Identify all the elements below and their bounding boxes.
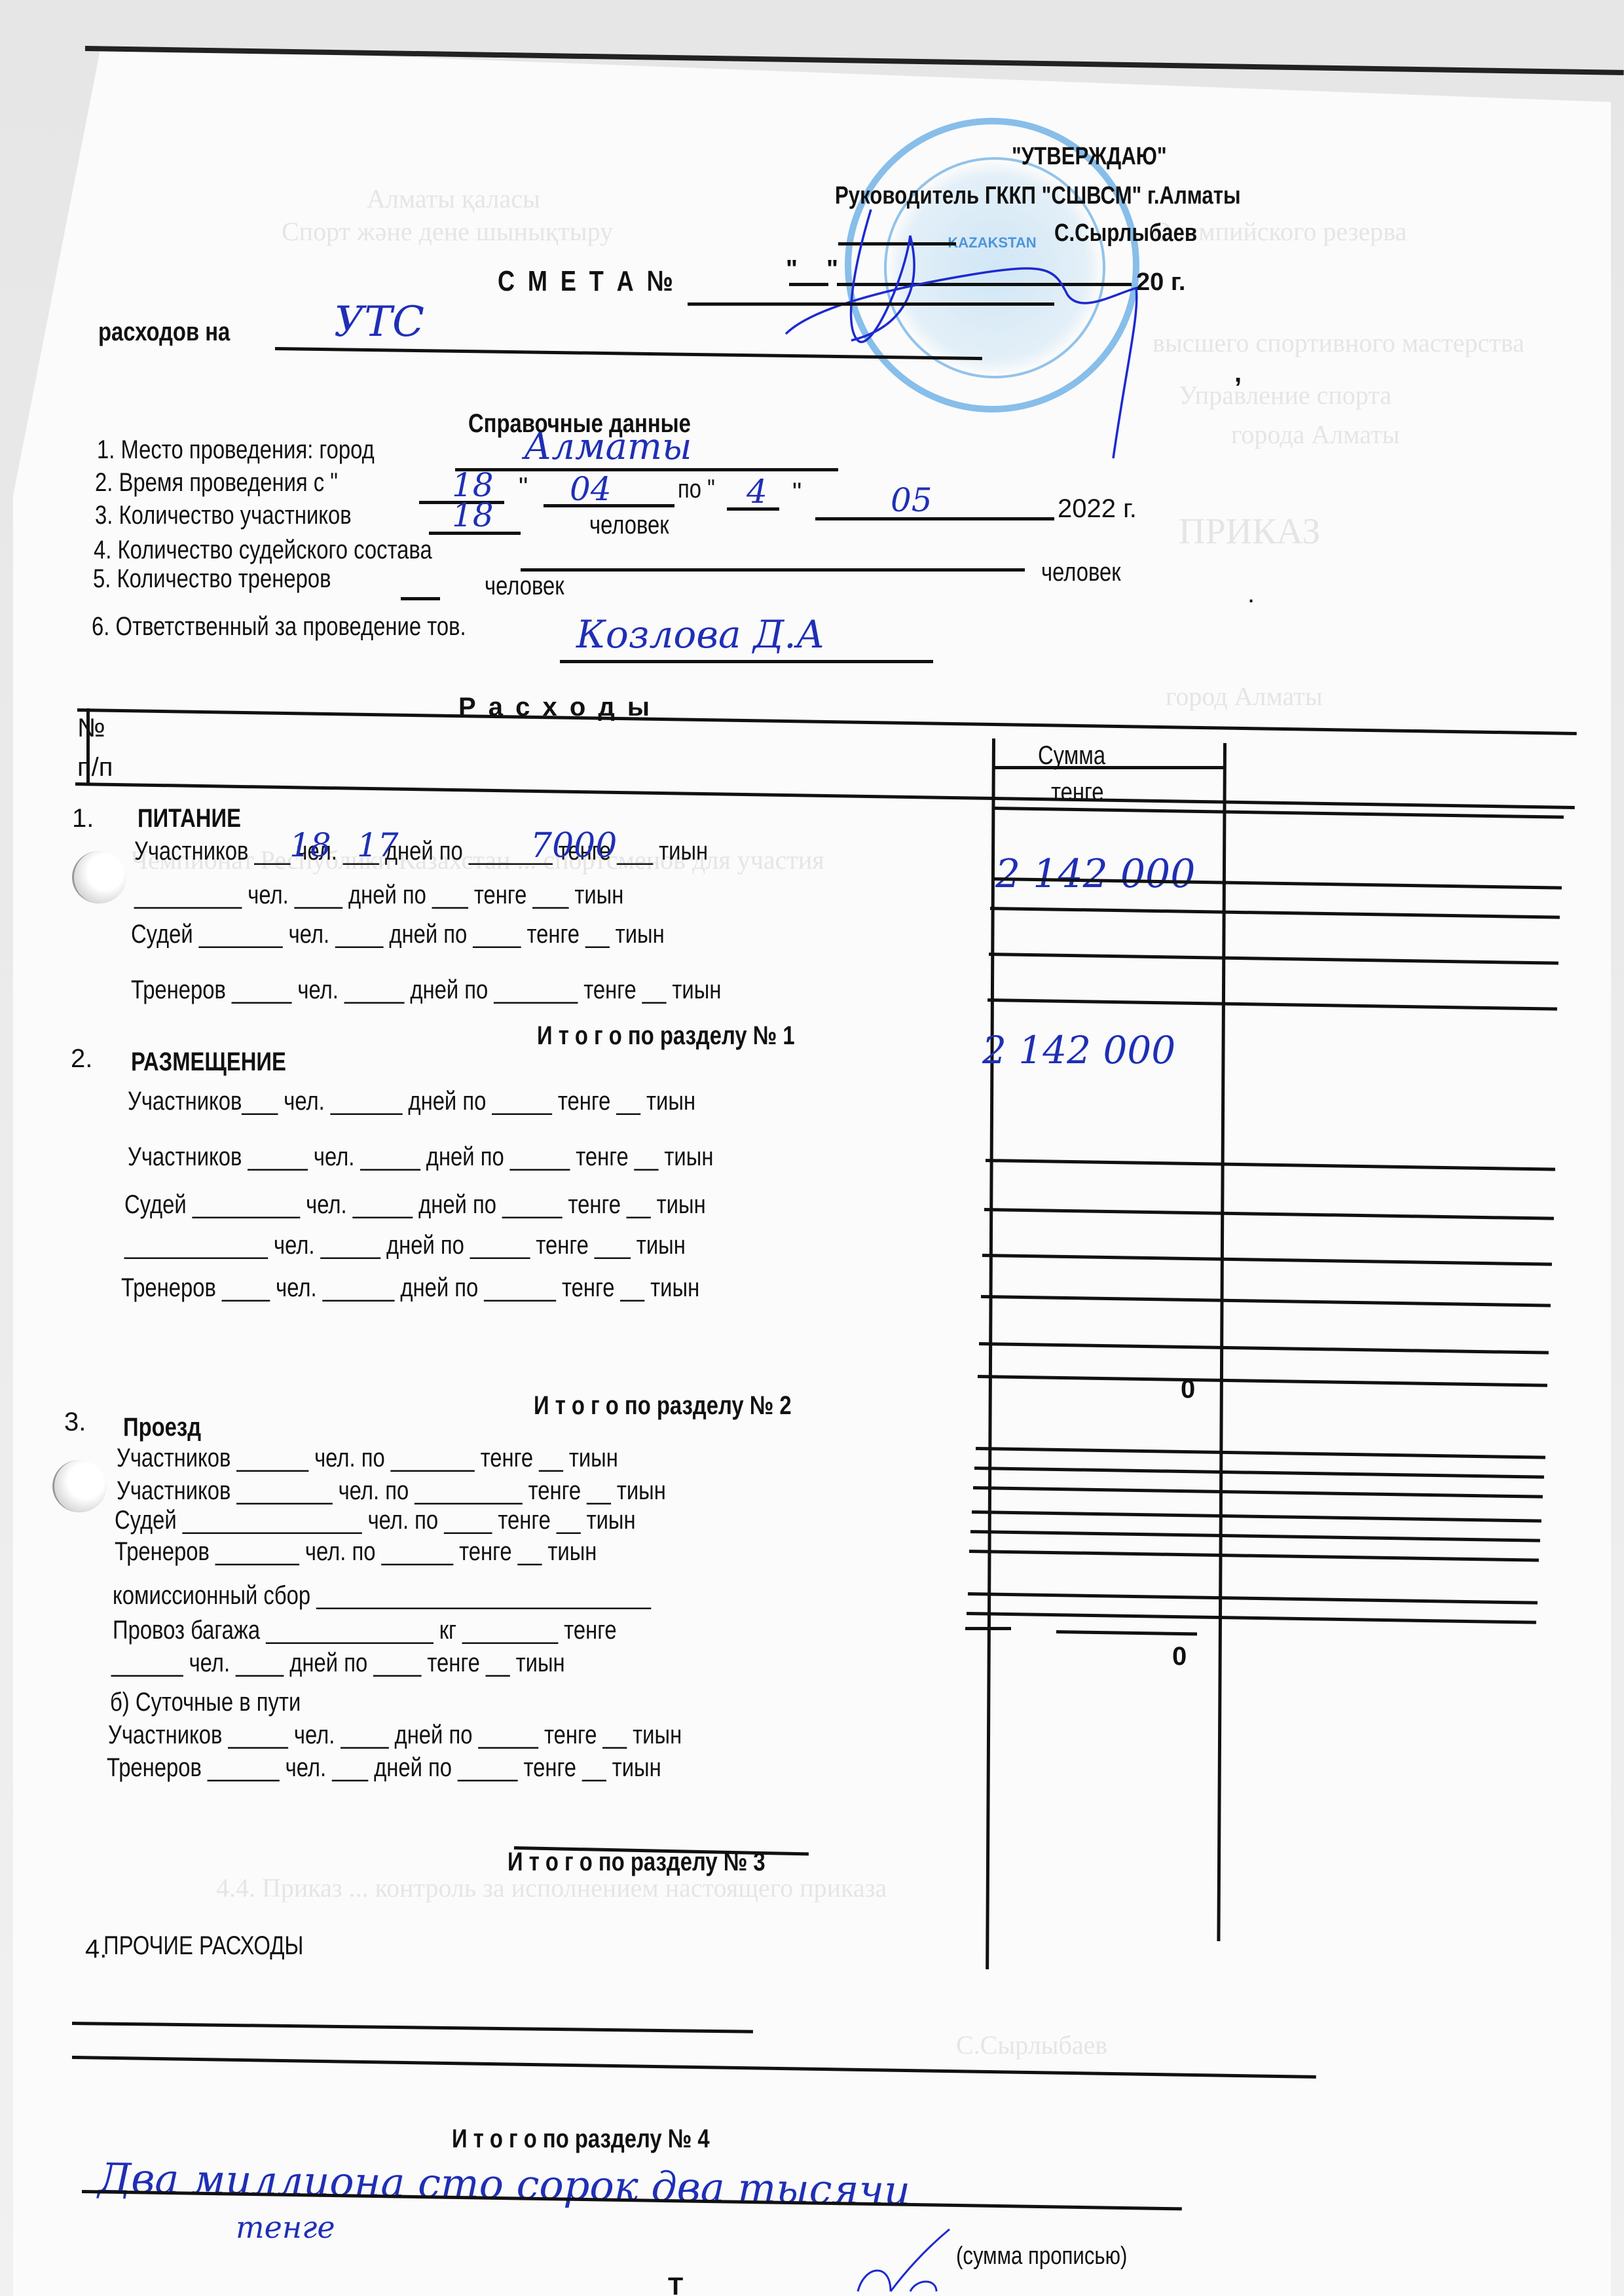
ref-coaches-label: 5. Количество тренеров (93, 564, 383, 594)
bleed-through-text: высшего спортивного мастерства (1153, 327, 1524, 358)
approval-title: "УТВЕРЖДАЮ" (1012, 143, 1201, 171)
ref-responsible-value: Козлова Д.А (576, 612, 825, 657)
ref-to-label: по " (678, 475, 723, 504)
ref-from-month: 04 (570, 470, 612, 508)
s3-row-participants-2: Участников ________ чел. по _________ те… (117, 1476, 786, 1506)
section-2-title: РАЗМЕЩЕНИЕ (131, 1048, 320, 1077)
bleed-through-text: город Алматы (1166, 681, 1323, 712)
s2-row-blank: ____________ чел. _____ дней по _____ те… (124, 1231, 809, 1260)
s2-row-participants-1: Участников___ чел. ______ дней по _____ … (128, 1087, 820, 1116)
section-2-total-label: И т о г о по разделу № 2 (534, 1391, 848, 1421)
bleed-through-text: города Алматы (1231, 419, 1399, 450)
bleed-through-text: ПРИКАЗ (1179, 511, 1320, 553)
s1-row-participants: Участников ___ чел. ___ дней по _______ … (134, 837, 834, 866)
ref-judges-unit: человек (1041, 558, 1138, 587)
ref-place-value: Алматы (524, 426, 692, 468)
s1-amount: 2 142 000 (995, 851, 1195, 897)
ref-to-month: 05 (891, 481, 932, 519)
bleed-through-text: Спорт және дене шынықтыру (282, 216, 613, 247)
bottom-mark: Т (668, 2273, 683, 2296)
s1-participants-rate: 7000 (530, 826, 617, 866)
document-title: С М Е Т А № (498, 265, 716, 298)
ref-coaches-unit: человек (485, 572, 581, 601)
ref-coaches-line (401, 597, 440, 600)
amount-in-words-caption: (сумма прописью) (956, 2242, 1165, 2270)
bottom-signature (851, 2226, 956, 2296)
smeta-number-line (688, 302, 1054, 306)
s3-per-diem-title: б) Суточные в пути (110, 1688, 342, 1717)
section-4-total-label: И т о г о по разделу № 4 (452, 2124, 766, 2154)
ref-quote: " (519, 473, 528, 502)
section-3-total-label: И т о г о по разделу № 3 (507, 1848, 822, 1877)
ref-place-line (455, 468, 838, 471)
s3-row-participants-1: Участников ______ чел. по _______ тенге … (117, 1444, 728, 1473)
s1-row-blank: _________ чел. ____ дней по ___ тенге __… (134, 881, 731, 910)
s1-row-coaches: Тренеров _____ чел. _____ дней по ______… (131, 975, 851, 1005)
header-comma: , (1234, 359, 1242, 388)
row-line-short (965, 1627, 1011, 1630)
signature-scribble (773, 196, 1179, 471)
section-1-title: ПИТАНИЕ (138, 804, 264, 833)
bleed-through-text: Алматы қаласы (367, 183, 540, 214)
expenses-for-value: УТС (334, 298, 424, 346)
expenses-for-label: расходов на (98, 318, 259, 347)
punch-hole (72, 851, 126, 903)
section-2-number: 2. (71, 1044, 92, 1074)
bleed-through-text: Управление спорта (1179, 380, 1392, 410)
s1-row-judges: Судей _______ чел. ____ дней по ____ тен… (131, 920, 782, 949)
col-no-label: № (77, 714, 105, 743)
section-1-number: 1. (72, 804, 94, 833)
section-3-total-value: 0 (1172, 1642, 1187, 1671)
ref-period: . (1247, 579, 1255, 609)
section-1-total-label: И т о г о по разделу № 1 (537, 1021, 851, 1051)
s1-participants-count: 18 (289, 826, 331, 864)
s3-row-judges: Судей _______________ чел. по ____ тенге… (115, 1506, 750, 1535)
s2-row-judges: Судей _________ чел. _____ дней по _____… (124, 1190, 834, 1220)
ref-participants-value: 18 (452, 496, 494, 534)
s3-row-baggage: Провоз багажа ______________ кг ________… (113, 1616, 728, 1645)
bleed-through-text: С.Сырлыбаев (956, 2030, 1107, 2060)
col-no-label-2: п/п (77, 753, 113, 782)
ref-year: 2022 г. (1058, 494, 1137, 524)
s2-row-coaches: Тренеров ____ чел. ______ дней по ______… (121, 1273, 826, 1303)
ref-judges-line (521, 568, 1025, 572)
section-4-title: ПРОЧИЕ РАСХОДЫ (103, 1931, 348, 1961)
section-1-total-value: 2 142 000 (982, 1028, 1175, 1072)
punch-hole (52, 1460, 107, 1512)
section-2-total-value: 0 (1181, 1375, 1195, 1404)
s3-row-commission: комиссионный сбор ______________________… (113, 1581, 769, 1611)
ref-place-label: 1. Место проведения: город (97, 435, 435, 465)
col-sum-unit: тенге (1051, 778, 1115, 807)
s3-per-diem-participants: Участников _____ чел. ____ дней по _____… (108, 1721, 808, 1750)
ref-responsible-line (560, 660, 933, 663)
s3-row-coaches: Тренеров _______ чел. по ______ тенге __… (115, 1537, 703, 1567)
ref-to-month-line (815, 517, 1054, 520)
ref-quote: " (792, 478, 802, 507)
ref-participants-label: 3. Количество участников (95, 501, 408, 530)
section-3-number: 3. (64, 1408, 86, 1437)
ref-participants-unit: человек (589, 511, 686, 540)
s3-row-blank: ______ чел. ____ дней по ____ тенге __ т… (111, 1649, 665, 1678)
sum-header-divider (994, 766, 1223, 769)
bleed-through-text: 4.4. Приказ ... контроль за исполнением … (216, 1872, 887, 1903)
s3-per-diem-coaches: Тренеров ______ чел. ___ дней по _____ т… (107, 1753, 783, 1783)
section-3-title: Проезд (123, 1413, 218, 1442)
amount-in-words-continued: тенге (236, 2210, 335, 2245)
s1-participants-days: 17 (357, 826, 399, 864)
ref-responsible-label: 6. Ответственный за проведение тов. (92, 612, 548, 642)
ref-judges-label: 4. Количество судейского состава (94, 536, 506, 565)
s2-row-participants-2: Участников _____ чел. _____ дней по ____… (128, 1142, 842, 1172)
ref-dates-label: 2. Время проведения с " (95, 468, 391, 498)
ref-to-day: 4 (747, 473, 767, 511)
